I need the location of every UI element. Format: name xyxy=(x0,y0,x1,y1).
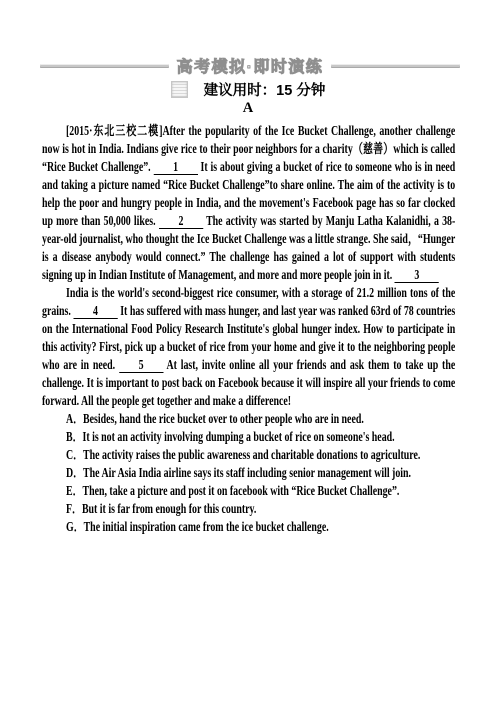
blank-5: 5 xyxy=(119,357,163,373)
option-E: E．Then, take a picture and post it on fa… xyxy=(42,482,455,500)
blank-3: 3 xyxy=(395,267,439,283)
option-D: D．The Air Asia India airline says its st… xyxy=(42,464,455,482)
option-letter: F． xyxy=(66,501,82,516)
option-letter: G． xyxy=(66,519,84,534)
worksheet-page: 高考模拟·即时演练 建议用时：15 分钟 A [2015·东北三校二模]Afte… xyxy=(0,0,496,702)
seal-icon xyxy=(171,81,188,98)
option-A: A．Besides, hand the rice bucket over to … xyxy=(42,410,455,428)
option-C: C．The activity raises the public awarene… xyxy=(42,446,455,464)
option-F: F．But it is far from enough for this cou… xyxy=(42,500,455,518)
banner-rule-left xyxy=(40,64,169,68)
passage: [2015·东北三校二模]After the popularity of the… xyxy=(42,122,455,410)
banner-rule-right xyxy=(331,64,460,68)
section-banner: 高考模拟·即时演练 xyxy=(40,54,460,77)
blank-1: 1 xyxy=(153,159,197,175)
section-label: A xyxy=(0,100,496,117)
option-letter: D． xyxy=(66,465,83,480)
options-list: A．Besides, hand the rice bucket over to … xyxy=(42,410,455,536)
passage-paragraph: [2015·东北三校二模]After the popularity of the… xyxy=(42,122,455,284)
blank-2: 2 xyxy=(159,213,203,229)
option-B: B．It is not an activity involving dumpin… xyxy=(42,428,455,446)
suggested-time-label: 建议用时：15 分钟 xyxy=(204,79,326,100)
option-letter: B． xyxy=(66,429,82,444)
passage-content: [2015·东北三校二模]After the popularity of the… xyxy=(42,122,455,536)
option-letter: E． xyxy=(66,483,82,498)
option-letter: A． xyxy=(66,411,83,426)
suggested-time-row: 建议用时：15 分钟 xyxy=(0,79,496,100)
option-G: G．The initial inspiration came from the … xyxy=(42,518,455,536)
option-letter: C． xyxy=(66,447,83,462)
banner-title: 高考模拟·即时演练 xyxy=(177,54,324,77)
passage-paragraph: India is the world's second-biggest rice… xyxy=(42,284,455,410)
blank-4: 4 xyxy=(73,303,117,319)
